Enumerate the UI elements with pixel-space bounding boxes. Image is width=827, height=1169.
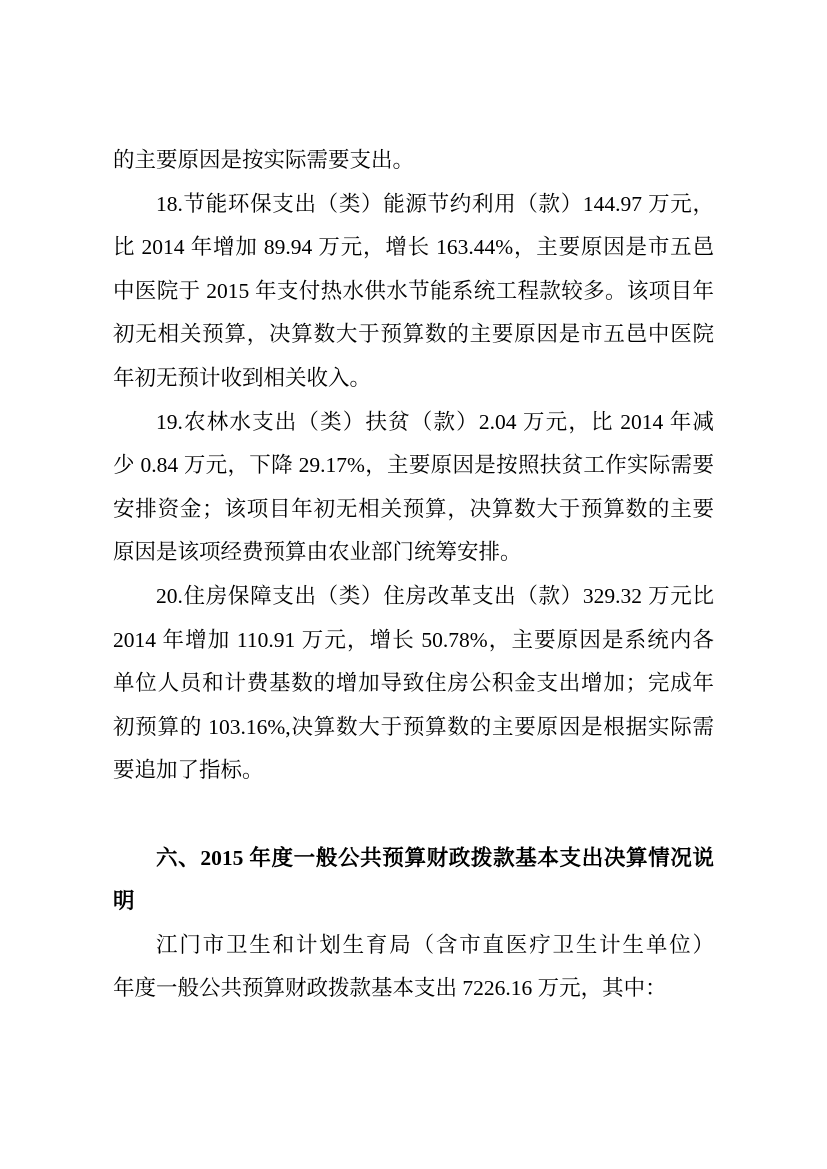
text-line: 20.住房保障支出（类）住房改革支出（款）329.32 万元比 xyxy=(113,575,714,619)
text-line: 年初无预计收到相关收入。 xyxy=(113,357,714,401)
text-line: 2014 年增加 110.91 万元，增长 50.78%，主要原因是系统内各 xyxy=(113,619,714,663)
text-line: 年度一般公共预算财政拨款基本支出 7226.16 万元，其中： xyxy=(113,967,714,1011)
text-line: 的主要原因是按实际需要支出。 xyxy=(113,139,714,183)
text-line: 19.农林水支出（类）扶贫（款）2.04 万元，比 2014 年减 xyxy=(113,401,714,445)
blank-line xyxy=(113,793,714,837)
text-line: 江门市卫生和计划生育局（含市直医疗卫生计生单位）2015 xyxy=(113,924,714,968)
text-line: 少 0.84 万元，下降 29.17%，主要原因是按照扶贫工作实际需要 xyxy=(113,444,714,488)
text-line: 原因是该项经费预算由农业部门统筹安排。 xyxy=(113,531,714,575)
text-line: 安排资金；该项目年初无相关预算，决算数大于预算数的主要 xyxy=(113,488,714,532)
text-line: 要追加了指标。 xyxy=(113,749,714,793)
document-body: 的主要原因是按实际需要支出。18.节能环保支出（类）能源节约利用（款）144.9… xyxy=(113,139,714,1011)
text-line: 比 2014 年增加 89.94 万元，增长 163.44%，主要原因是市五邑 xyxy=(113,226,714,270)
text-line: 18.节能环保支出（类）能源节约利用（款）144.97 万元， xyxy=(113,183,714,227)
text-line: 初预算的 103.16%,决算数大于预算数的主要原因是根据实际需 xyxy=(113,706,714,750)
document-page: 的主要原因是按实际需要支出。18.节能环保支出（类）能源节约利用（款）144.9… xyxy=(0,0,827,1169)
heading-line: 明 xyxy=(113,880,714,924)
heading-line: 六、2015 年度一般公共预算财政拨款基本支出决算情况说 xyxy=(113,837,714,881)
text-line: 中医院于 2015 年支付热水供水节能系统工程款较多。该项目年 xyxy=(113,270,714,314)
text-line: 初无相关预算，决算数大于预算数的主要原因是市五邑中医院 xyxy=(113,313,714,357)
text-line: 单位人员和计费基数的增加导致住房公积金支出增加；完成年 xyxy=(113,662,714,706)
